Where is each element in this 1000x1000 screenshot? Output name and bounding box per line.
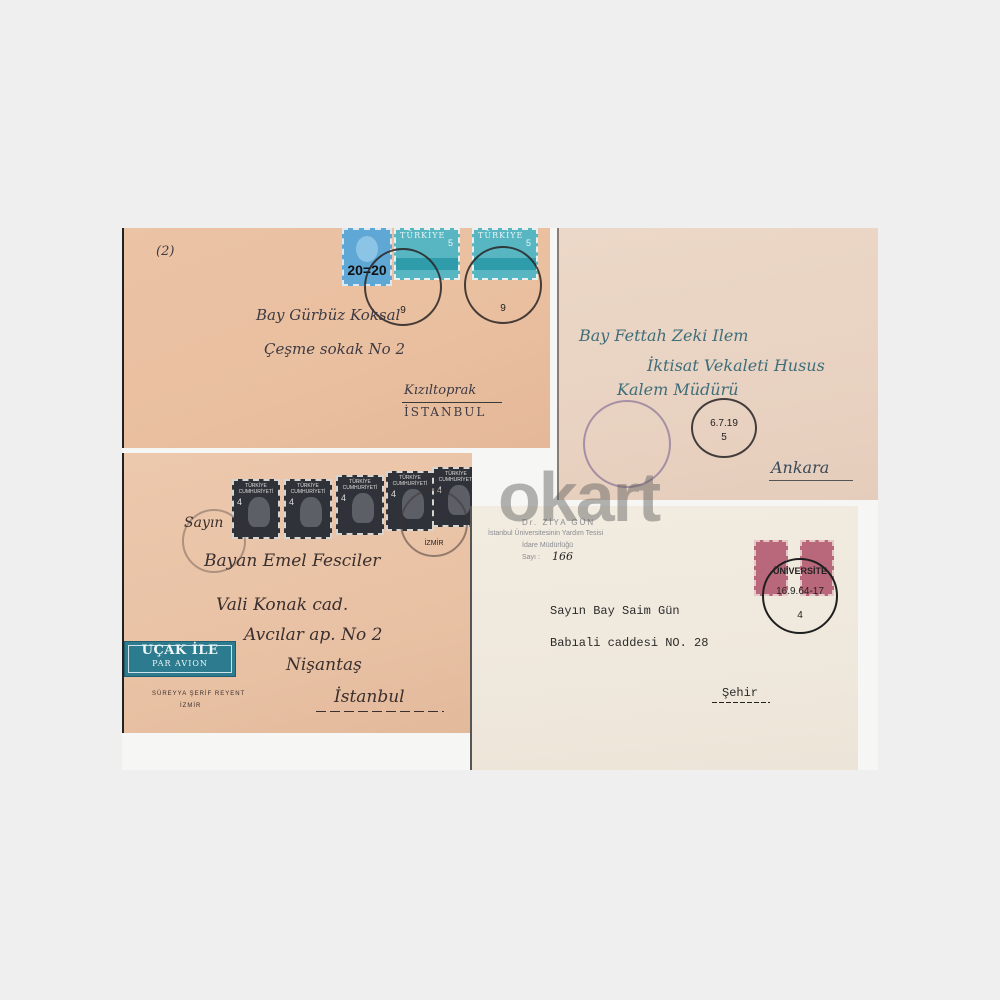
stamp-ataturk: TÜRKİYE CUMHURİYETİ4 — [336, 475, 384, 535]
address-line: Sayın Bay Saim Gün — [550, 604, 680, 618]
reference-label: Sayı : — [522, 554, 540, 561]
stamp-ataturk: TÜRKİYE CUMHURİYETİ4 — [284, 479, 332, 539]
address-line: Bay Fettah Zeki Ilem — [579, 326, 748, 345]
address-line: Avcılar ap. No 2 — [244, 625, 382, 645]
portrait-icon — [248, 497, 270, 527]
stamp-value: 4 — [237, 497, 242, 507]
underline — [402, 402, 502, 403]
watermark: okart — [498, 462, 659, 532]
address-line: İstanbul — [334, 687, 405, 707]
postmark-digit: 4 — [764, 610, 836, 621]
postmark: İZMİR — [400, 489, 468, 557]
letterhead-dept: İdare Müdürlüğü — [522, 542, 573, 549]
address-line: Nişantaş — [286, 655, 362, 675]
address-line: Bay Gürbüz Koksal — [256, 306, 400, 324]
address-line: Ankara — [771, 458, 829, 477]
sender-name: SÜREYYA ŞERİF REYENT — [152, 691, 245, 697]
postmark-city: İZMİR — [402, 540, 466, 547]
stamp-country: TÜRKİYE — [478, 231, 523, 240]
postmark-digit: 5 — [693, 432, 755, 443]
address-line: Kızıltoprak — [404, 383, 476, 398]
stamp-value: 5 — [526, 238, 531, 248]
postmark-digit: 9 — [466, 303, 540, 314]
reference-value: 166 — [552, 550, 573, 563]
envelope-sehir: Dr. ZİYA GÜN İstanbul Üniversitesinin Ya… — [470, 506, 858, 770]
address-line: Babıali caddesi NO. 28 — [550, 636, 708, 650]
airmail-line1: UÇAK İLE — [125, 643, 235, 658]
underline — [712, 702, 770, 703]
address-line: İSTANBUL — [404, 405, 486, 419]
address-line: İktisat Vekaleti Husus — [647, 356, 825, 375]
address-line: Vali Konak cad. — [216, 595, 348, 615]
portrait-icon — [356, 236, 378, 262]
postmark-date: 6.7.19 — [693, 418, 755, 429]
postmark-text: ÜNİVERSİTE — [764, 566, 836, 576]
stamp-label: TÜRKİYE CUMHURİYETİ — [286, 483, 330, 495]
stamp-label: TÜRKİYE CUMHURİYETİ — [234, 483, 278, 495]
portrait-icon — [352, 493, 374, 523]
stamp-value: 5 — [448, 238, 453, 248]
airmail-label: UÇAK İLE PAR AVION — [124, 641, 236, 677]
address-line: Kalem Müdürü — [617, 380, 739, 399]
corner-mark: (2) — [156, 244, 174, 259]
stamp-value: 4 — [391, 489, 396, 499]
portrait-icon — [300, 497, 322, 527]
address-line: Bayan Emel Fesciler — [204, 551, 380, 571]
stamp-country: TÜRKİYE — [400, 231, 445, 240]
address-line: Şehir — [722, 686, 758, 700]
stamp-label: TÜRKİYE CUMHURİYETİ — [338, 479, 382, 491]
postmark: ÜNİVERSİTE 16.9.64-17 4 — [762, 558, 838, 634]
address-line: Çeşme sokak No 2 — [264, 340, 405, 358]
postmark: 9 — [464, 246, 542, 324]
address-line: Sayın — [184, 515, 223, 531]
stamp-label: TÜRKİYE CUMHURİYETİ — [434, 471, 472, 483]
underline — [769, 480, 853, 481]
stamp-value: 4 — [289, 497, 294, 507]
airmail-line2: PAR AVION — [125, 659, 235, 668]
envelope-kiziltoprak: (2) 20=20 TÜRKİYE 5 TÜRKİYE 5 9 9 Bay Gü… — [122, 228, 550, 448]
stamp-value: 4 — [341, 493, 346, 503]
sender-city: İZMİR — [180, 703, 201, 709]
postmark: 6.7.19 5 — [691, 398, 757, 458]
stamp-label: TÜRKİYE CUMHURİYETİ — [388, 475, 432, 487]
underline — [316, 711, 444, 712]
envelope-nisantas: TÜRKİYE CUMHURİYETİ4 TÜRKİYE CUMHURİYETİ… — [122, 453, 472, 733]
postmark-date: 16.9.64-17 — [764, 586, 836, 597]
